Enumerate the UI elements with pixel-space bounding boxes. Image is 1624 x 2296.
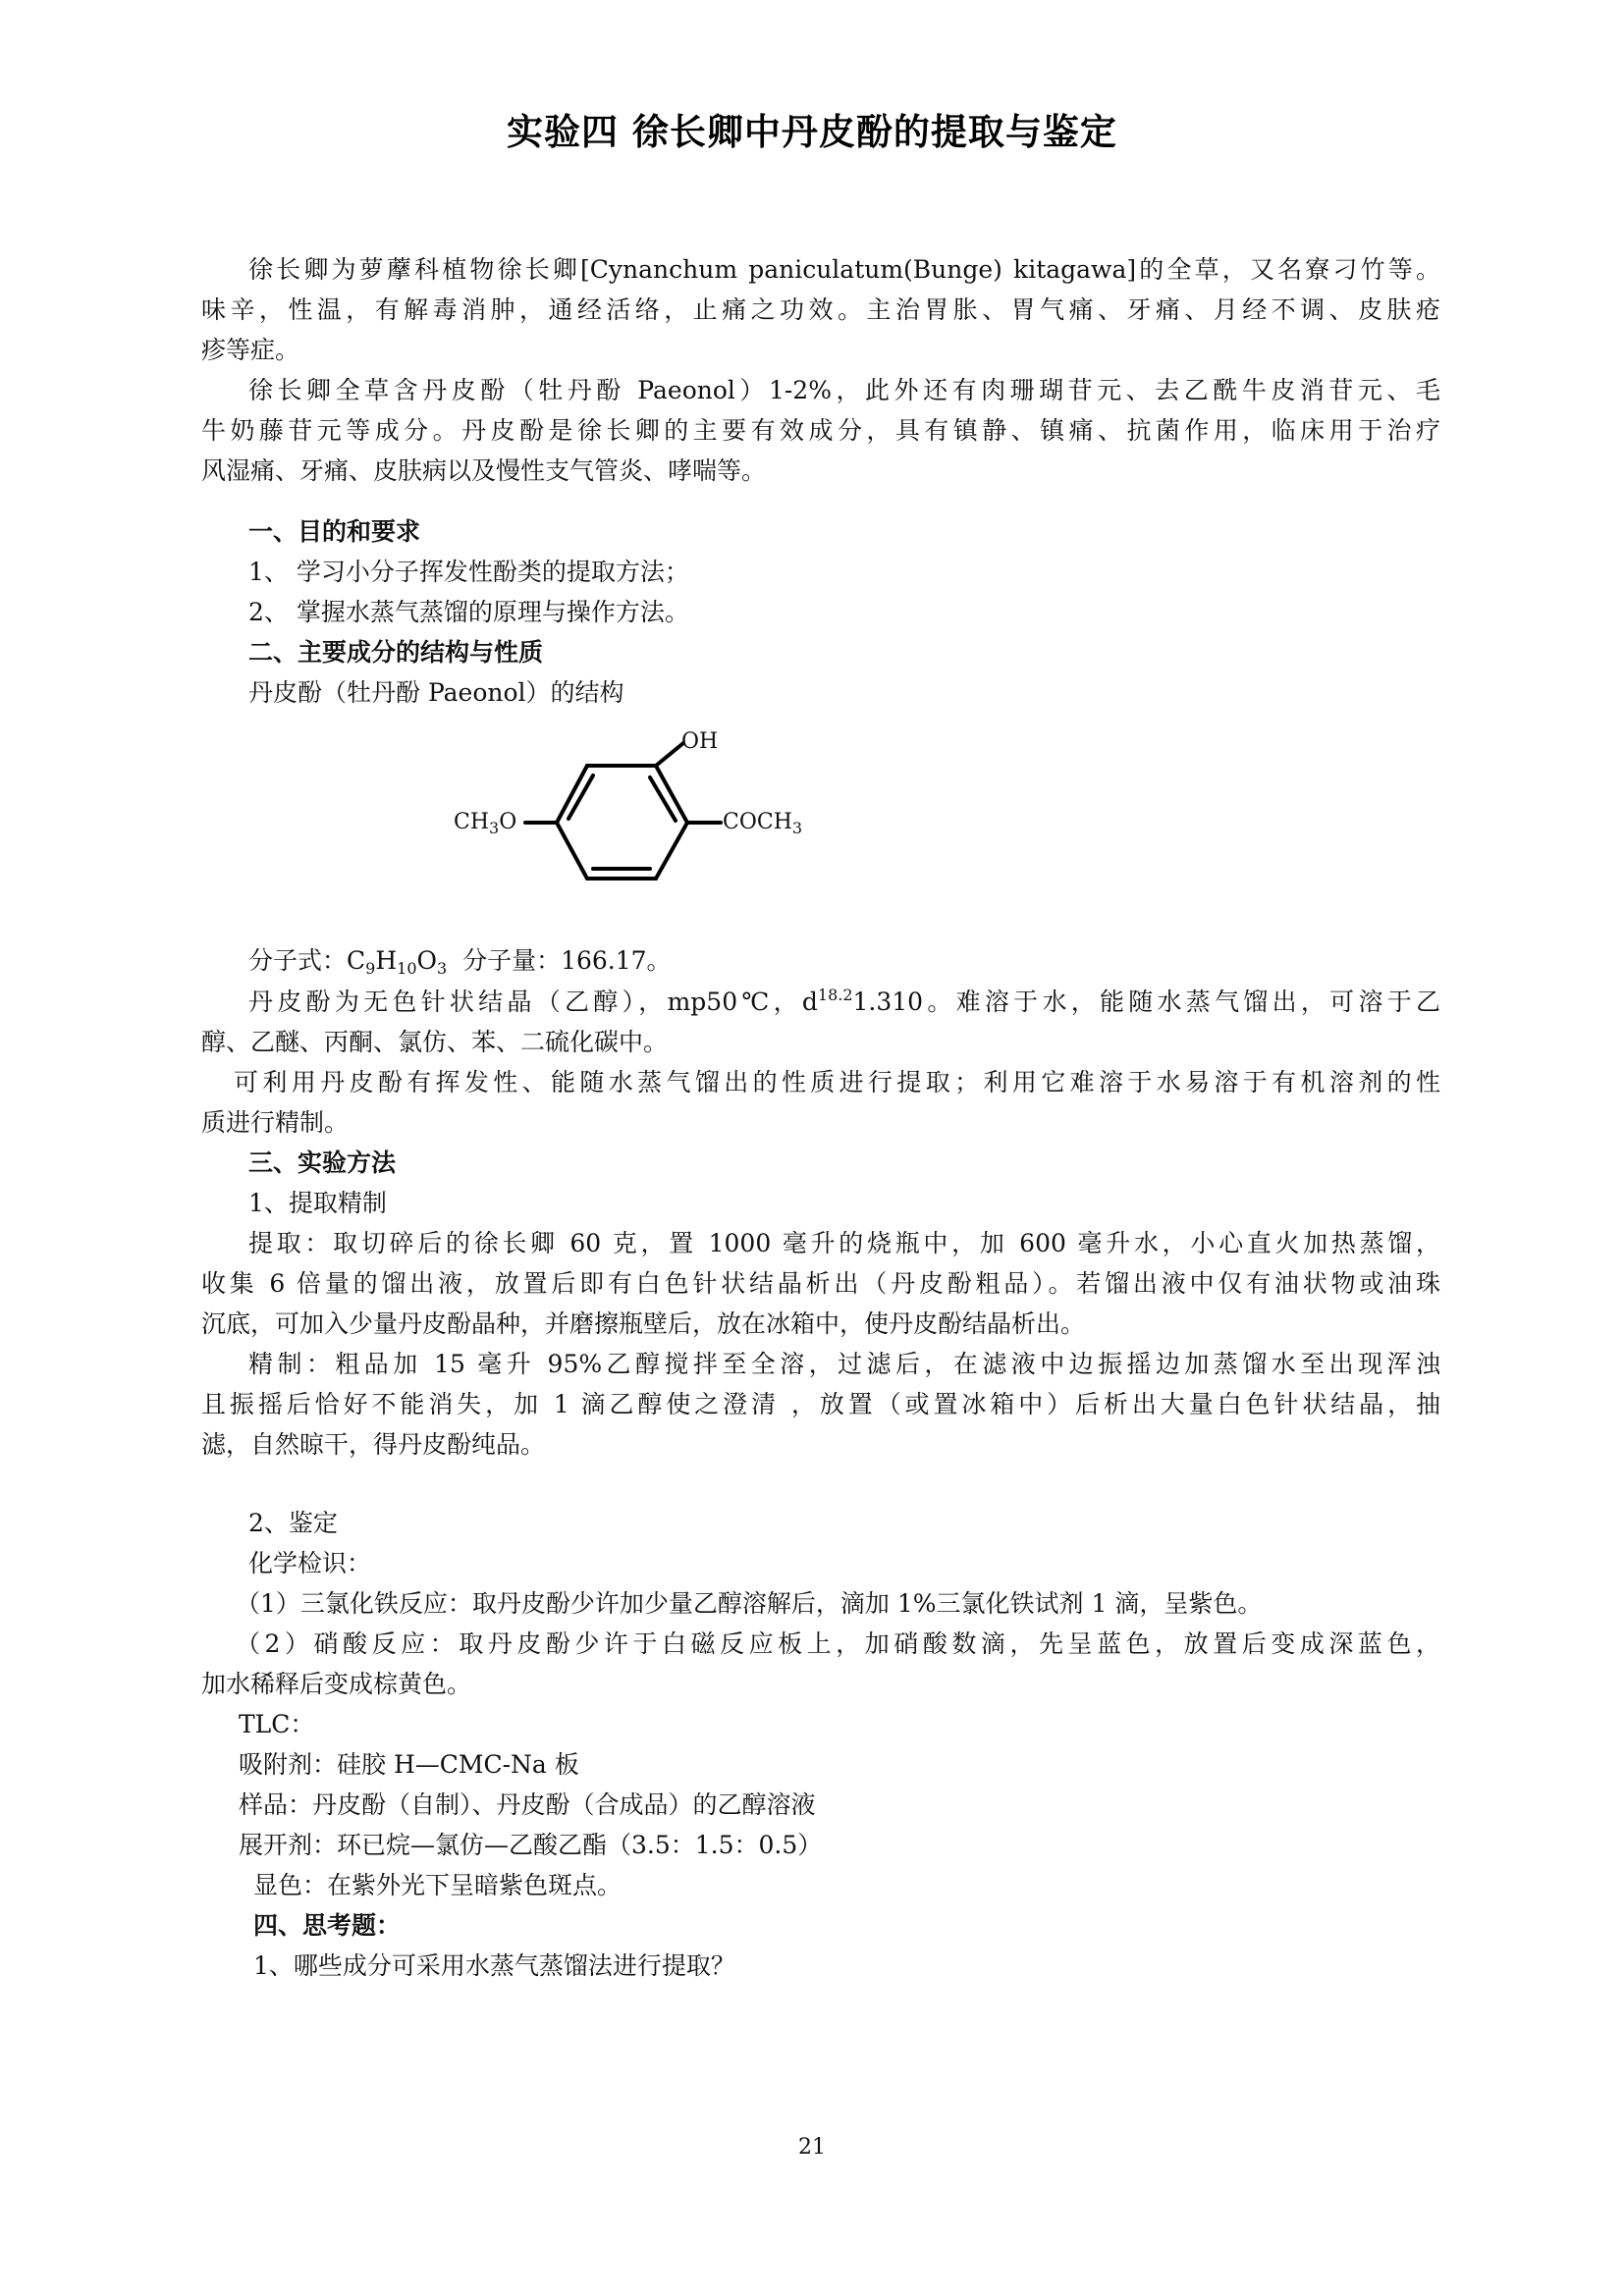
intro-p2-line3: 风湿痛、牙痛、皮肤病以及慢性支气管炎、哮喘等。 [201, 454, 766, 488]
chemical-test-label: 化学检识： [248, 1547, 371, 1580]
formula-sub: 9 [365, 959, 375, 978]
methoxy-ch: CH [454, 810, 489, 834]
usage-line1: 可利用丹皮酚有挥发性、能随水蒸气馏出的性质进行提取；利用它难溶于水易溶于有机溶剂… [234, 1066, 1440, 1099]
acetyl-label: COCH3 [723, 810, 802, 835]
intro-p2-line1: 徐长卿全草含丹皮酚（牡丹酚 Paeonol）1-2%，此外还有肉珊瑚苷元、去乙酰… [248, 374, 1440, 407]
structure-caption: 丹皮酚（牡丹酚 Paeonol）的结构 [248, 676, 624, 710]
molecular-formula-line: 分子式：C9H10O3 分子量：166.17。 [248, 944, 672, 978]
extraction-line2: 收集 6 倍量的馏出液，放置后即有白色针状结晶析出（丹皮酚粗品）。若馏出液中仅有… [201, 1267, 1440, 1301]
tlc-label: TLC： [239, 1708, 314, 1741]
section-heading-structure: 二、主要成分的结构与性质 [248, 636, 543, 669]
hydroxyl-label: OH [681, 729, 718, 755]
section-heading-questions: 四、思考题： [253, 1909, 401, 1943]
test-ferric-chloride: （1）三氯化铁反应：取丹皮酚少许加少量乙醇溶解后，滴加 1%三氯化铁试剂 1 滴… [236, 1587, 1262, 1621]
question-item: 1、哪些成分可采用水蒸气蒸馏法进行提取？ [253, 1949, 735, 1983]
test-nitric-acid-line2: 加水稀释后变成棕黄色。 [201, 1668, 471, 1701]
intro-p2-line2: 牛奶藤苷元等成分。丹皮酚是徐长卿的主要有效成分，具有镇静、镇痛、抗菌作用，临床用… [201, 414, 1440, 448]
usage-line2: 质进行精制。 [201, 1106, 349, 1140]
page-title: 实验四 徐长卿中丹皮酚的提取与鉴定 [0, 102, 1624, 155]
properties-line2: 醇、乙醚、丙酮、氯仿、苯、二硫化碳中。 [201, 1026, 668, 1059]
tlc-developer: 展开剂：环已烷—氯仿—乙酸乙酯（3.5：1.5：0.5） [239, 1829, 822, 1862]
extraction-line1: 提取：取切碎后的徐长卿 60 克，置 1000 毫升的烧瓶中，加 600 毫升水… [248, 1227, 1440, 1260]
page-number: 21 [0, 2135, 1624, 2160]
density-temp-sup: 18.2 [818, 986, 853, 1004]
refining-line2: 且振摇后恰好不能消失，加 1 滴乙醇使之澄清 ，放置（或置冰箱中）后析出大量白色… [201, 1388, 1440, 1421]
methoxy-label: CH3O [454, 810, 516, 835]
paeonol-structure-diagram: OH CH3O COCH3 [432, 717, 844, 903]
objective-item: 2、 掌握水蒸气蒸馏的原理与操作方法。 [248, 596, 689, 629]
intro-p1-line2: 味辛，性温，有解毒消肿，通经活络，止痛之功效。主治胃胀、胃气痛、牙痛、月经不调、… [201, 294, 1440, 327]
molecular-weight: 分子量：166.17。 [447, 946, 671, 975]
acetyl-sub: 3 [792, 819, 802, 837]
formula-label: 分子式：C [248, 946, 365, 975]
tlc-adsorbent: 吸附剂：硅胶 H—CMC-Na 板 [239, 1748, 579, 1782]
extraction-line3: 沉底，可加入少量丹皮酚晶种，并磨擦瓶壁后，放在冰箱中，使丹皮酚结晶析出。 [201, 1308, 1085, 1341]
tlc-visualization: 显色：在紫外光下呈暗紫色斑点。 [253, 1869, 622, 1902]
methoxy-sub: 3 [489, 819, 499, 837]
intro-p1-line3: 疹等症。 [201, 334, 299, 367]
refining-line1: 精制：粗品加 15 毫升 95%乙醇搅拌至全溶，过滤后，在滤液中边振摇边加蒸馏水… [248, 1348, 1440, 1381]
methoxy-o: O [499, 810, 516, 834]
section-heading-methods: 三、实验方法 [248, 1147, 396, 1180]
refining-line3: 滤，自然晾干，得丹皮酚纯品。 [201, 1428, 545, 1462]
objective-item: 1、 学习小分子挥发性酚类的提取方法； [248, 556, 689, 589]
formula-sub: 3 [437, 959, 447, 978]
formula-o: O [417, 946, 438, 975]
properties-line1: 丹皮酚为无色针状结晶（乙醇），mp50℃，d18.21.310。难溶于水，能随水… [248, 986, 1440, 1019]
formula-h: H [375, 946, 397, 975]
properties-text: 丹皮酚为无色针状结晶（乙醇），mp50℃，d [248, 988, 818, 1016]
tlc-sample: 样品：丹皮酚（自制）、丹皮酚（合成品）的乙醇溶液 [239, 1789, 816, 1822]
formula-sub: 10 [397, 959, 416, 978]
acetyl-coch: COCH [723, 810, 792, 834]
method-subheading-identification: 2、鉴定 [248, 1507, 338, 1540]
method-subheading-extraction: 1、提取精制 [248, 1187, 387, 1220]
properties-text: 1.310。难溶于水，能随水蒸气馏出，可溶于乙 [853, 988, 1440, 1016]
test-nitric-acid-line1: （2）硝酸反应：取丹皮酚少许于白磁反应板上，加硝酸数滴，先呈蓝色，放置后变成深蓝… [236, 1628, 1440, 1661]
section-heading-objectives: 一、目的和要求 [248, 515, 420, 549]
document-page: 实验四 徐长卿中丹皮酚的提取与鉴定 徐长卿为萝藦科植物徐长卿[Cynanchum… [0, 0, 1624, 2296]
intro-p1-line1: 徐长卿为萝藦科植物徐长卿[Cynanchum paniculatum(Bunge… [248, 253, 1440, 287]
